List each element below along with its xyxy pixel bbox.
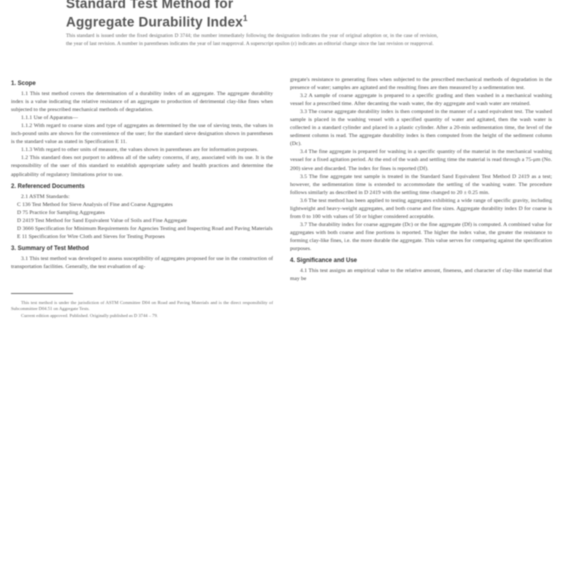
- reference-item: D 2419 Test Method for Sand Equivalent V…: [11, 217, 273, 225]
- document-page: Standard Test Method for Aggregate Durab…: [0, 0, 570, 570]
- paragraph: 1.1 This test method covers the determin…: [11, 90, 273, 114]
- reference-item: C 136 Test Method for Sieve Analysis of …: [11, 201, 273, 209]
- paragraph: 1.1.3 With regard to other units of meas…: [11, 146, 273, 154]
- paragraph: 3.6 The test method has been applied to …: [290, 197, 552, 221]
- paragraph: 3.7 The durability index for coarse aggr…: [290, 221, 552, 253]
- section-heading-referenced-documents: 2. Referenced Documents: [11, 183, 273, 191]
- title-line-1: Standard Test Method for: [66, 0, 506, 11]
- paragraph: 3.5 The fine aggregate test sample is tr…: [290, 173, 552, 197]
- paragraph: 3.3 The coarse aggregate durability inde…: [290, 108, 552, 148]
- paragraph: 3.4 The fine aggregate is prepared for w…: [290, 148, 552, 172]
- document-title: Standard Test Method for Aggregate Durab…: [66, 0, 506, 30]
- paragraph: 4.1 This test assigns an empirical value…: [290, 267, 552, 283]
- reference-item: D 75 Practice for Sampling Aggregates: [11, 209, 273, 217]
- footnote: Current edition approved. Published. Ori…: [11, 313, 273, 319]
- right-column: gregate's resistance to generating fines…: [290, 76, 552, 283]
- paragraph: 1.1.2 With regard to coarse sizes and ty…: [11, 122, 273, 146]
- left-column: 1. Scope 1.1 This test method covers the…: [11, 76, 273, 319]
- section-heading-summary: 3. Summary of Test Method: [11, 245, 273, 253]
- paragraph: 2.1 ASTM Standards:: [11, 193, 273, 201]
- paragraph: 3.2 A sample of coarse aggregate is prep…: [290, 92, 552, 108]
- paragraph: 1.1.1 Use of Apparatus—: [11, 114, 273, 122]
- section-heading-significance: 4. Significance and Use: [290, 257, 552, 265]
- section-heading-scope: 1. Scope: [11, 80, 273, 88]
- title-footnote-mark: 1: [243, 14, 248, 23]
- title-line-2: Aggregate Durability Index1: [66, 11, 506, 30]
- paragraph: gregate's resistance to generating fines…: [290, 76, 552, 92]
- footnote-divider: [11, 293, 73, 294]
- paragraph: 1.2 This standard does not purport to ad…: [11, 154, 273, 178]
- document-abstract: This standard is issued under the fixed …: [66, 32, 438, 48]
- reference-item: D 3666 Specification for Minimum Require…: [11, 225, 273, 233]
- footnote: This test method is under the jurisdicti…: [11, 300, 273, 313]
- paragraph: 3.1 This test method was developed to as…: [11, 255, 273, 271]
- reference-item: E 11 Specification for Wire Cloth and Si…: [11, 233, 273, 241]
